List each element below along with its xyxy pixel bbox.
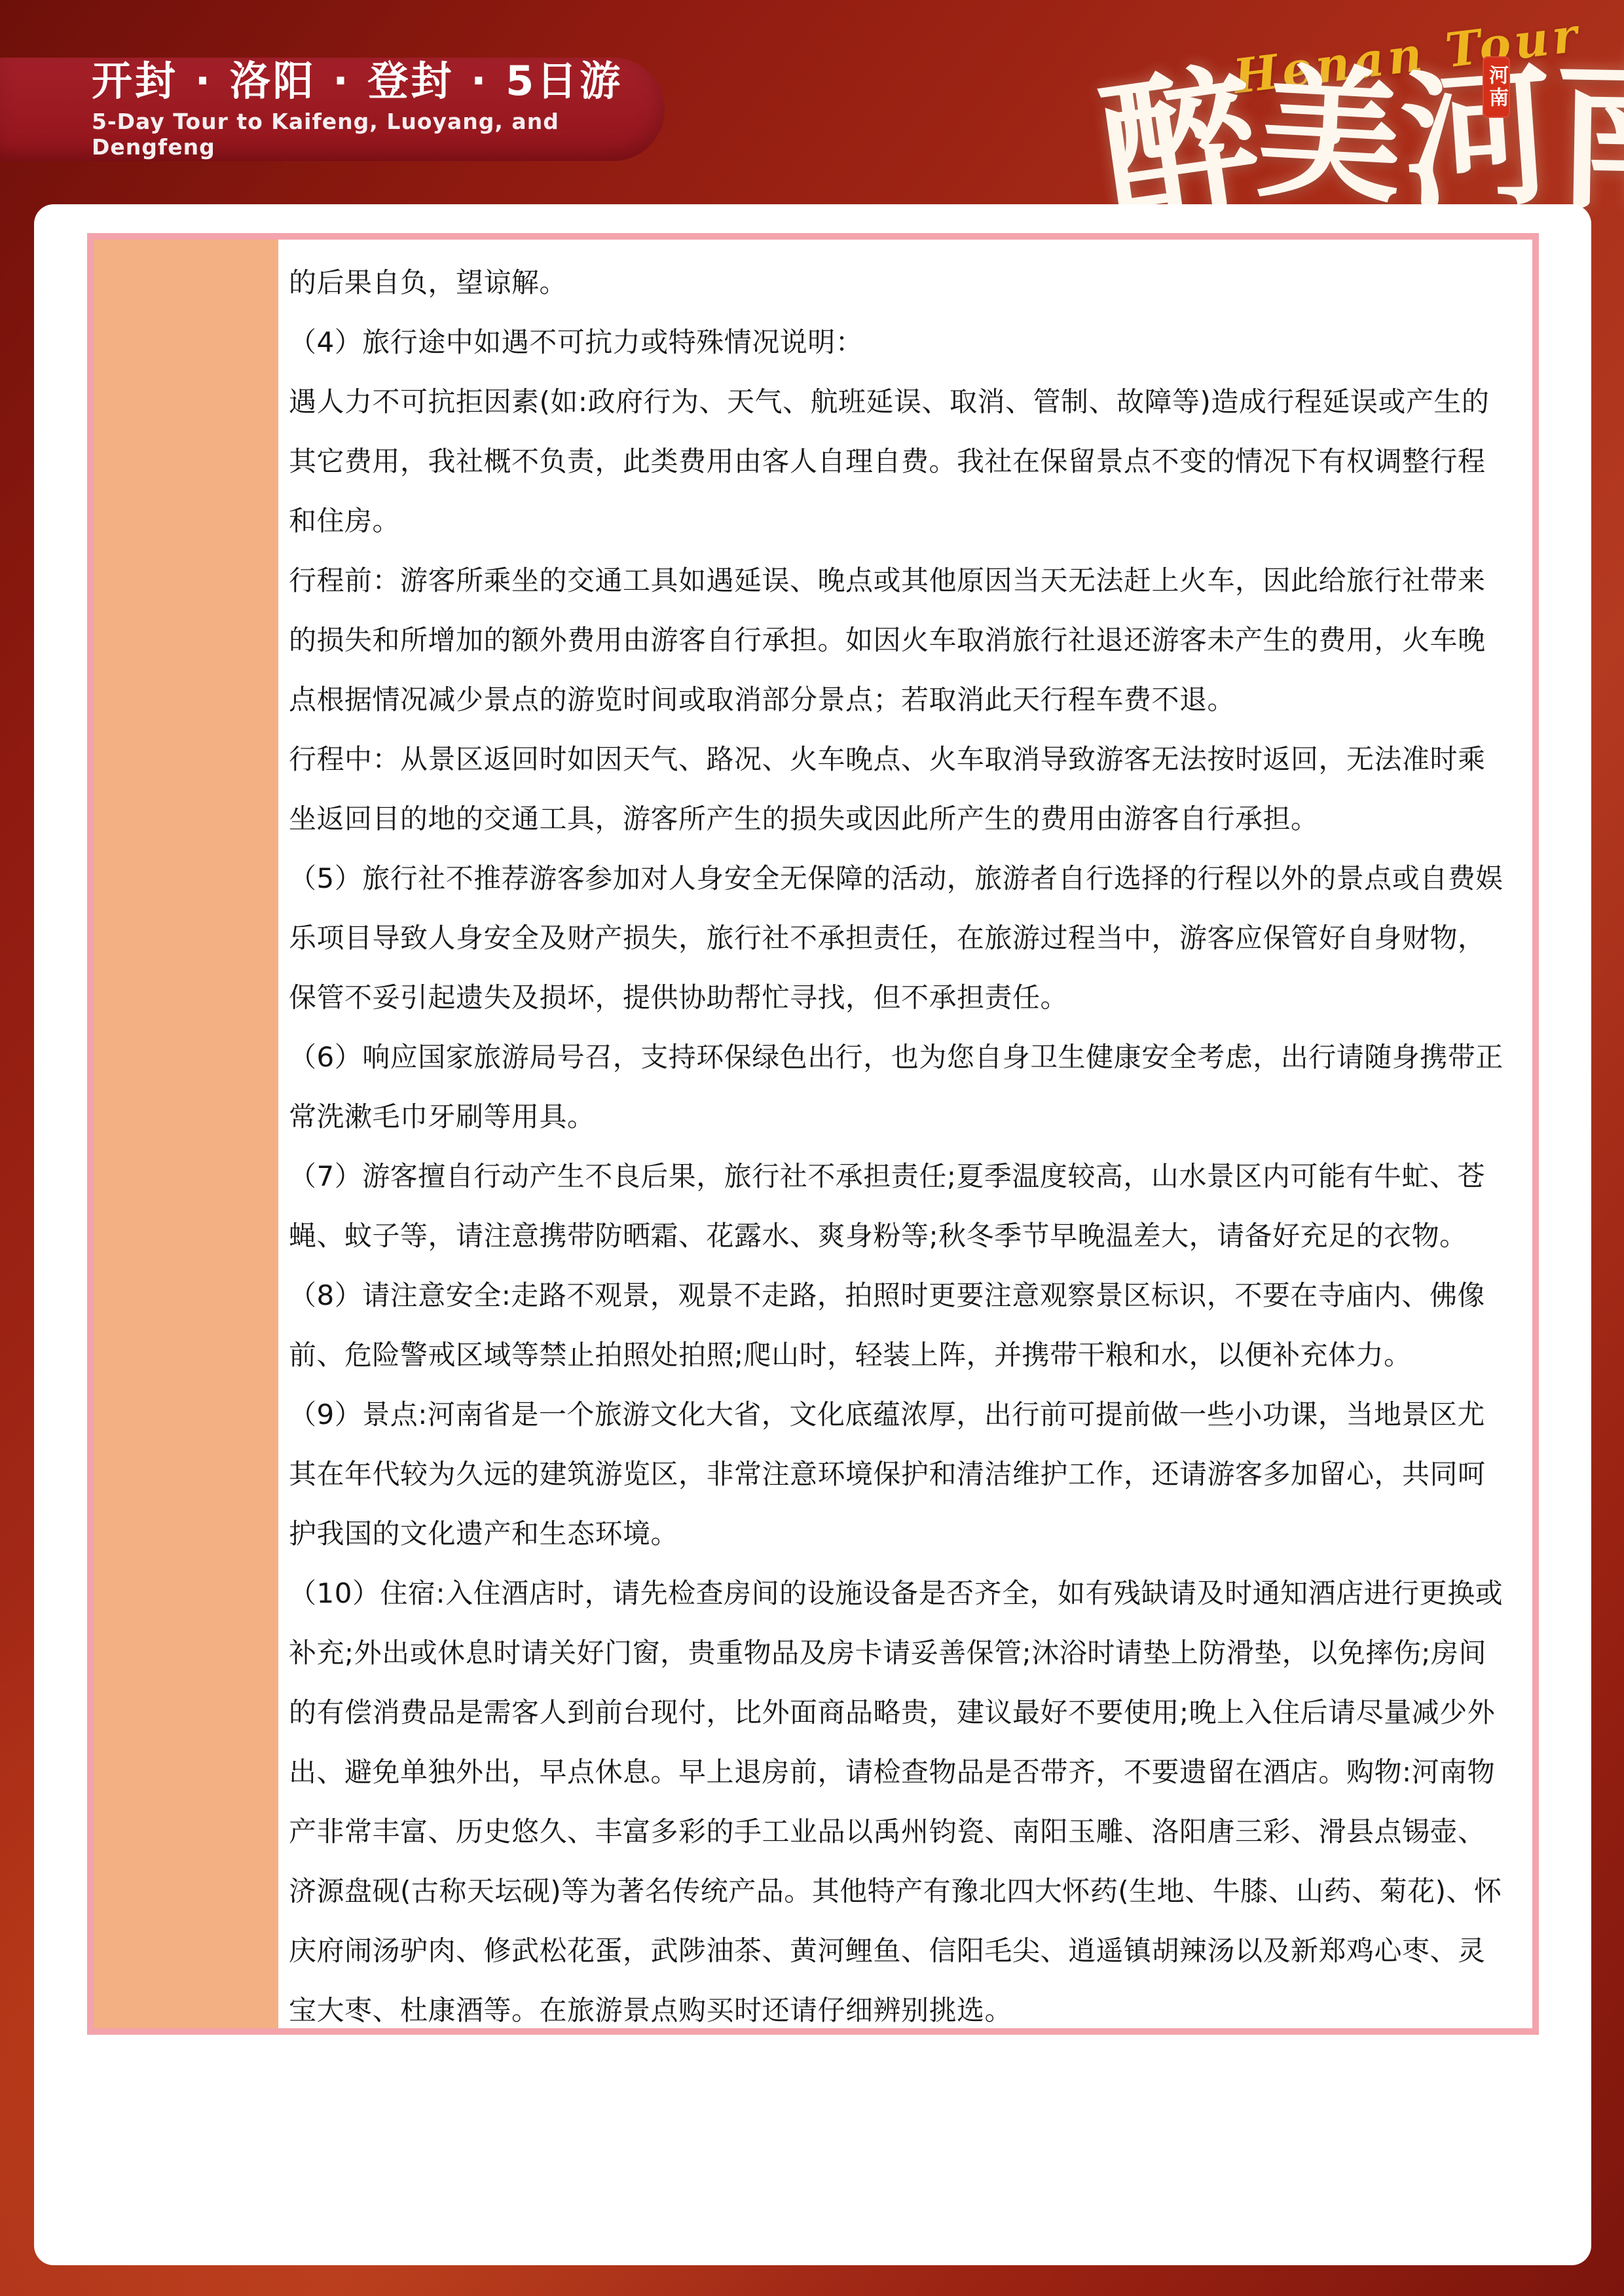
brand-logo: Henan Tour 醉美河南 河南 [1101, 16, 1573, 212]
notes-line: 的有偿消费品是需客人到前台现付，比外面商品略贵，建议最好不要使用;晚上入住后请尽… [289, 1683, 1527, 1742]
notes-line: （8）请注意安全:走路不观景，观景不走路，拍照时更要注意观察景区标识，不要在寺庙… [289, 1266, 1527, 1325]
calligraphy-char: 河 [1397, 66, 1558, 213]
notes-line: （5）旅行社不推荐游客参加对人身安全无保障的活动，旅游者自行选择的行程以外的景点… [289, 848, 1527, 908]
calligraphy-char: 美 [1255, 67, 1405, 204]
calligraphy-char: 醉 [1093, 65, 1266, 226]
tour-title: 开封 · 洛阳 · 登封 · 5日游 [92, 59, 665, 103]
notes-line: 产非常丰富、历史悠久、丰富多彩的手工业品以禹州钧瓷、南阳玉雕、洛阳唐三彩、滑县点… [289, 1802, 1527, 1861]
tour-title-badge: 开封 · 洛阳 · 登封 · 5日游 5-Day Tour to Kaifeng… [0, 58, 665, 161]
notes-text-cell: 的后果自负，望谅解。（4）旅行途中如遇不可抗力或特殊情况说明：遇人力不可抗拒因素… [287, 240, 1532, 2028]
notes-line: （7）游客擅自行动产生不良后果，旅行社不承担责任;夏季温度较高，山水景区内可能有… [289, 1146, 1527, 1206]
logo-seal-stamp: 河南 [1483, 56, 1510, 118]
notes-line: 济源盘砚(古称天坛砚)等为著名传统产品。其他特产有豫北四大怀药(生地、牛膝、山药… [289, 1861, 1527, 1921]
notes-line: 坐返回目的地的交通工具，游客所产生的损失或因此所产生的费用由游客自行承担。 [289, 789, 1527, 848]
notes-line: 的后果自负，望谅解。 [289, 253, 1527, 312]
tour-subtitle-en: 5-Day Tour to Kaifeng, Luoyang, and Deng… [92, 109, 665, 160]
notes-line: 蝇、蚊子等，请注意携带防晒霜、花露水、爽身粉等;秋冬季节早晚温差大，请备好充足的… [289, 1206, 1527, 1266]
notes-line: 保管不妥引起遗失及损坏，提供协助帮忙寻找，但不承担责任。 [289, 968, 1527, 1027]
notes-line: 前、危险警戒区域等禁止拍照处拍照;爬山时，轻装上阵，并携带干粮和水，以便补充体力… [289, 1325, 1527, 1385]
notes-line: 宝大枣、杜康酒等。在旅游景点购买时还请仔细辨别挑选。 [289, 1980, 1527, 2028]
notes-line: 出、避免单独外出，早点休息。早上退房前，请检查物品是否带齐，不要遗留在酒店。购物… [289, 1742, 1527, 1802]
notes-line: 点根据情况减少景点的游览时间或取消部分景点；若取消此天行程车费不退。 [289, 670, 1527, 729]
notes-line: （4）旅行途中如遇不可抗力或特殊情况说明： [289, 312, 1527, 372]
logo-calligraphy: 醉美河南 [1100, 48, 1624, 213]
notes-line: （9）景点:河南省是一个旅游文化大省，文化底蕴浓厚，出行前可提前做一些小功课，当… [289, 1385, 1527, 1444]
notes-line: （6）响应国家旅游局号召，支持环保绿色出行，也为您自身卫生健康安全考虑，出行请随… [289, 1027, 1527, 1087]
notes-line: 乐项目导致人身安全及财产损失，旅行社不承担责任，在旅游过程当中，游客应保管好自身… [289, 908, 1527, 968]
notes-line: 遇人力不可抗拒因素(如:政府行为、天气、航班延误、取消、管制、故障等)造成行程延… [289, 372, 1527, 431]
table-column-divider [278, 240, 287, 2028]
notes-line: 常洗漱毛巾牙刷等用具。 [289, 1087, 1527, 1146]
notes-line: 补充;外出或休息时请关好门窗，贵重物品及房卡请妥善保管;沐浴时请垫上防滑垫，以免… [289, 1623, 1527, 1683]
notes-line: 庆府闹汤驴肉、修武松花蛋，武陟油茶、黄河鲤鱼、信阳毛尖、逍遥镇胡辣汤以及新郑鸡心… [289, 1921, 1527, 1980]
tour-document-page: 开封 · 洛阳 · 登封 · 5日游 5-Day Tour to Kaifeng… [0, 0, 1624, 2296]
notes-line: （10）住宿:入住酒店时，请先检查房间的设施设备是否齐全，如有残缺请及时通知酒店… [289, 1563, 1527, 1623]
notes-line: 其在年代较为久远的建筑游览区，非常注意环境保护和清洁维护工作，还请游客多加留心，… [289, 1444, 1527, 1504]
notes-line: 和住房。 [289, 491, 1527, 551]
content-card: 的后果自负，望谅解。（4）旅行途中如遇不可抗力或特殊情况说明：遇人力不可抗拒因素… [34, 204, 1591, 2265]
notes-line: 行程中：从景区返回时如因天气、路况、火车晚点、火车取消导致游客无法按时返回，无法… [289, 729, 1527, 789]
notes-line: 护我国的文化遗产和生态环境。 [289, 1504, 1527, 1563]
notes-line: 行程前：游客所乘坐的交通工具如遇延误、晚点或其他原因当天无法赶上火车，因此给旅行… [289, 551, 1527, 610]
notes-line: 其它费用，我社概不负责，此类费用由客人自理自费。我社在保留景点不变的情况下有权调… [289, 431, 1527, 491]
table-label-cell [94, 240, 278, 2028]
notes-line: 的损失和所增加的额外费用由游客自行承担。如因火车取消旅行社退还游客未产生的费用，… [289, 610, 1527, 670]
calligraphy-char: 南 [1552, 55, 1624, 212]
notes-table: 的后果自负，望谅解。（4）旅行途中如遇不可抗力或特殊情况说明：遇人力不可抗拒因素… [87, 233, 1539, 2035]
